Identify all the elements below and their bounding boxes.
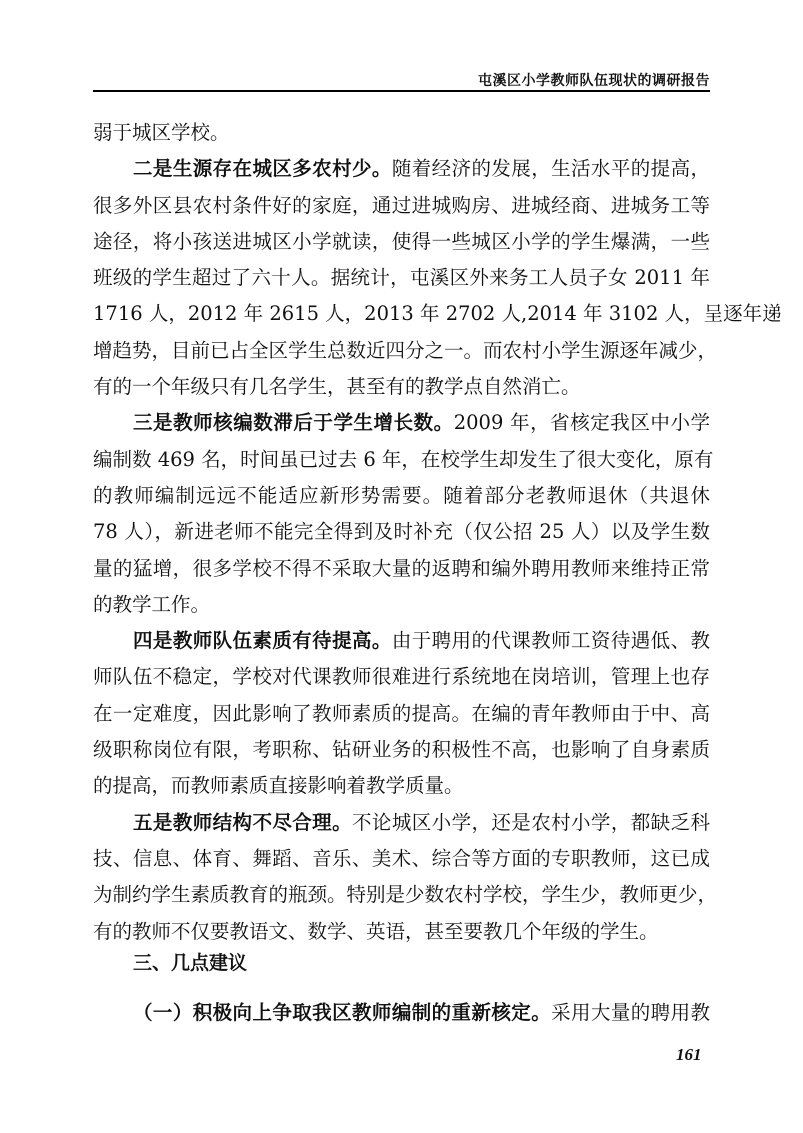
paragraph-line: 五是教师结构不尽合理。不论城区小学，还是农村小学，都缺乏科 <box>93 807 710 843</box>
text-line: 2009 年，省核定我区中小学 <box>454 411 710 434</box>
paragraph-line: 78 人），新进老师不能完全得到及时补充（仅公招 25 人）以及学生数 <box>93 516 710 552</box>
paragraph-line: 三是教师核编数滞后于学生增长数。2009 年，省核定我区中小学 <box>93 407 710 443</box>
text-line: 随着经济的发展，生活水平的提高， <box>392 157 710 180</box>
paragraph-line: 有的教师不仅要教语文、数学、英语，甚至要教几个年级的学生。 <box>93 916 710 952</box>
text-line: 弱于城区学校。 <box>93 121 230 144</box>
paragraph-continuation: 弱于城区学校。 <box>93 117 710 153</box>
paragraph-lead-bold: 三是教师核编数滞后于学生增长数。 <box>133 411 454 434</box>
paragraph-line: 有的一个年级只有几名学生，甚至有的教学点自然消亡。 <box>93 371 710 407</box>
running-head: 屯溪区小学教师队伍现状的调研报告 <box>93 70 710 90</box>
paragraph-line: 级职称岗位有限，考职称、钻研业务的积极性不高，也影响了自身素质 <box>93 734 710 770</box>
paragraph-line: 在一定难度，因此影响了教师素质的提高。在编的青年教师由于中、高 <box>93 698 710 734</box>
paragraph-line: 途径，将小孩送进城区小学就读，使得一些城区小学的学生爆满，一些 <box>93 226 710 262</box>
page-number: 161 <box>676 1045 702 1065</box>
paragraph-line: 增趋势，目前已占全区学生总数近四分之一。而农村小学生源逐年减少， <box>93 335 710 371</box>
paragraph-line: 为制约学生素质教育的瓶颈。特别是少数农村学校，学生少，教师更少， <box>93 879 710 915</box>
paragraph-line: 四是教师队伍素质有待提高。由于聘用的代课教师工资待遇低、教 <box>93 625 710 661</box>
body-text: 弱于城区学校。 二是生源存在城区多农村少。随着经济的发展，生活水平的提高， 很多… <box>93 117 710 952</box>
text-line: 采用大量的聘用教 <box>551 1001 710 1024</box>
paragraph-line: 编制数 469 名，时间虽已过去 6 年，在校学生却发生了很大变化，原有 <box>93 444 710 480</box>
paragraph-line: 的提高，而教师素质直接影响着教学质量。 <box>93 770 710 806</box>
text-line: 不论城区小学，还是农村小学，都缺乏科 <box>352 811 710 834</box>
paragraph-line: 很多外区县农村条件好的家庭，通过进城购房、进城经商、进城务工等 <box>93 190 710 226</box>
section-heading: 三、几点建议 <box>133 948 247 975</box>
paragraph-line: 的教师编制远远不能适应新形势需要。随着部分老教师退休（共退休 <box>93 480 710 516</box>
header-rule <box>93 90 710 92</box>
paragraph-lead-bold: 二是生源存在城区多农村少。 <box>133 157 392 180</box>
paragraph-line: 的教学工作。 <box>93 589 710 625</box>
paragraph-line: 师队伍不稳定，学校对代课教师很难进行系统地在岗培训，管理上也存 <box>93 661 710 697</box>
paragraph-line: 技、信息、体育、舞蹈、音乐、美术、综合等方面的专职教师，这已成 <box>93 843 710 879</box>
text-line: 由于聘用的代课教师工资待遇低、教 <box>392 629 710 652</box>
paragraph-line: 二是生源存在城区多农村少。随着经济的发展，生活水平的提高， <box>93 153 710 189</box>
subsection-heading-bold: （一）积极向上争取我区教师编制的重新核定。 <box>133 1001 551 1024</box>
paragraph-line: 班级的学生超过了六十人。据统计，屯溪区外来务工人员子女 2011 年 <box>93 262 710 298</box>
paragraph-line: 量的猛增，很多学校不得不采取大量的返聘和编外聘用教师来维持正常 <box>93 553 710 589</box>
paragraph-line: 1716 人，2012 年 2615 人，2013 年 2702 人,2014 … <box>93 298 710 334</box>
paragraph-lead-bold: 五是教师结构不尽合理。 <box>133 811 352 834</box>
subsection-line: （一）积极向上争取我区教师编制的重新核定。采用大量的聘用教 <box>133 997 710 1029</box>
paragraph-lead-bold: 四是教师队伍素质有待提高。 <box>133 629 392 652</box>
